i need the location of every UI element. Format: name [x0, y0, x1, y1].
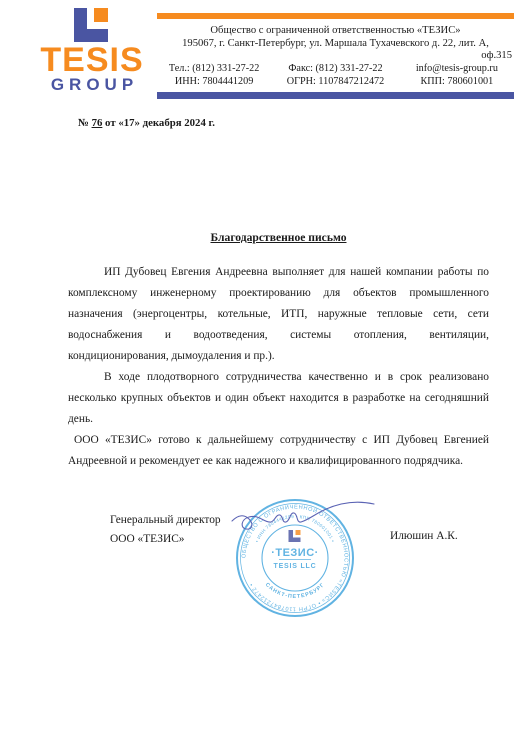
signer-position: Генеральный директор ООО «ТЕЗИС» — [110, 511, 221, 549]
phone: Тел.: (812) 331-27-22 — [157, 63, 271, 76]
reference-number: 76 — [92, 117, 103, 129]
letter-page: TESIS GROUP Общество с ограниченной отве… — [0, 0, 520, 735]
logo-wordmark: TESIS — [26, 45, 158, 75]
letter-body: ИП Дубовец Евгения Андреевна выполняет д… — [68, 262, 489, 472]
paragraph: ООО «ТЕЗИС» готово к дальнейшему сотрудн… — [68, 430, 489, 472]
company-office: оф.315 — [157, 50, 514, 62]
company-address: 195067, г. Санкт-Петербург, ул. Маршала … — [157, 37, 514, 50]
letter-title: Благодарственное письмо — [68, 231, 489, 244]
email: info@tesis-group.ru — [400, 63, 514, 76]
logo-foot-shape — [74, 29, 108, 42]
logo-orange-square — [94, 8, 108, 22]
letterhead: Общество с ограниченной ответственностью… — [157, 13, 514, 99]
company-name: Общество с ограниченной ответственностью… — [157, 24, 514, 37]
letterhead-blue-bar — [157, 92, 514, 99]
stamp-center-name-en: TESIS LLC — [274, 563, 317, 570]
contact-grid: Тел.: (812) 331-27-22 Факс: (812) 331-27… — [157, 63, 514, 88]
signer-position-line1: Генеральный директор — [110, 511, 221, 530]
ogrn: ОГРН: 1107847212472 — [271, 76, 400, 89]
signer-name: Илюшин А.К. — [390, 530, 458, 542]
paragraph: ИП Дубовец Евгения Андреевна выполняет д… — [68, 262, 489, 367]
fax: Факс: (812) 331-27-22 — [271, 63, 400, 76]
handwritten-signature-icon — [228, 488, 378, 550]
tesis-logo-icon — [74, 8, 110, 42]
inn: ИНН: 7804441209 — [157, 76, 271, 89]
reference-prefix: № — [78, 117, 92, 129]
paragraph: В ходе плодотворного сотрудничества каче… — [68, 367, 489, 430]
signature-svg — [228, 488, 378, 550]
kpp: КПП: 780601001 — [400, 76, 514, 89]
reference-date: от «17» декабря 2024 г. — [102, 117, 215, 129]
reference-line: № 76 от «17» декабря 2024 г. — [78, 117, 215, 129]
signer-position-line2: ООО «ТЕЗИС» — [110, 530, 221, 549]
letterhead-orange-bar — [157, 13, 514, 19]
company-logo: TESIS GROUP — [26, 8, 158, 95]
